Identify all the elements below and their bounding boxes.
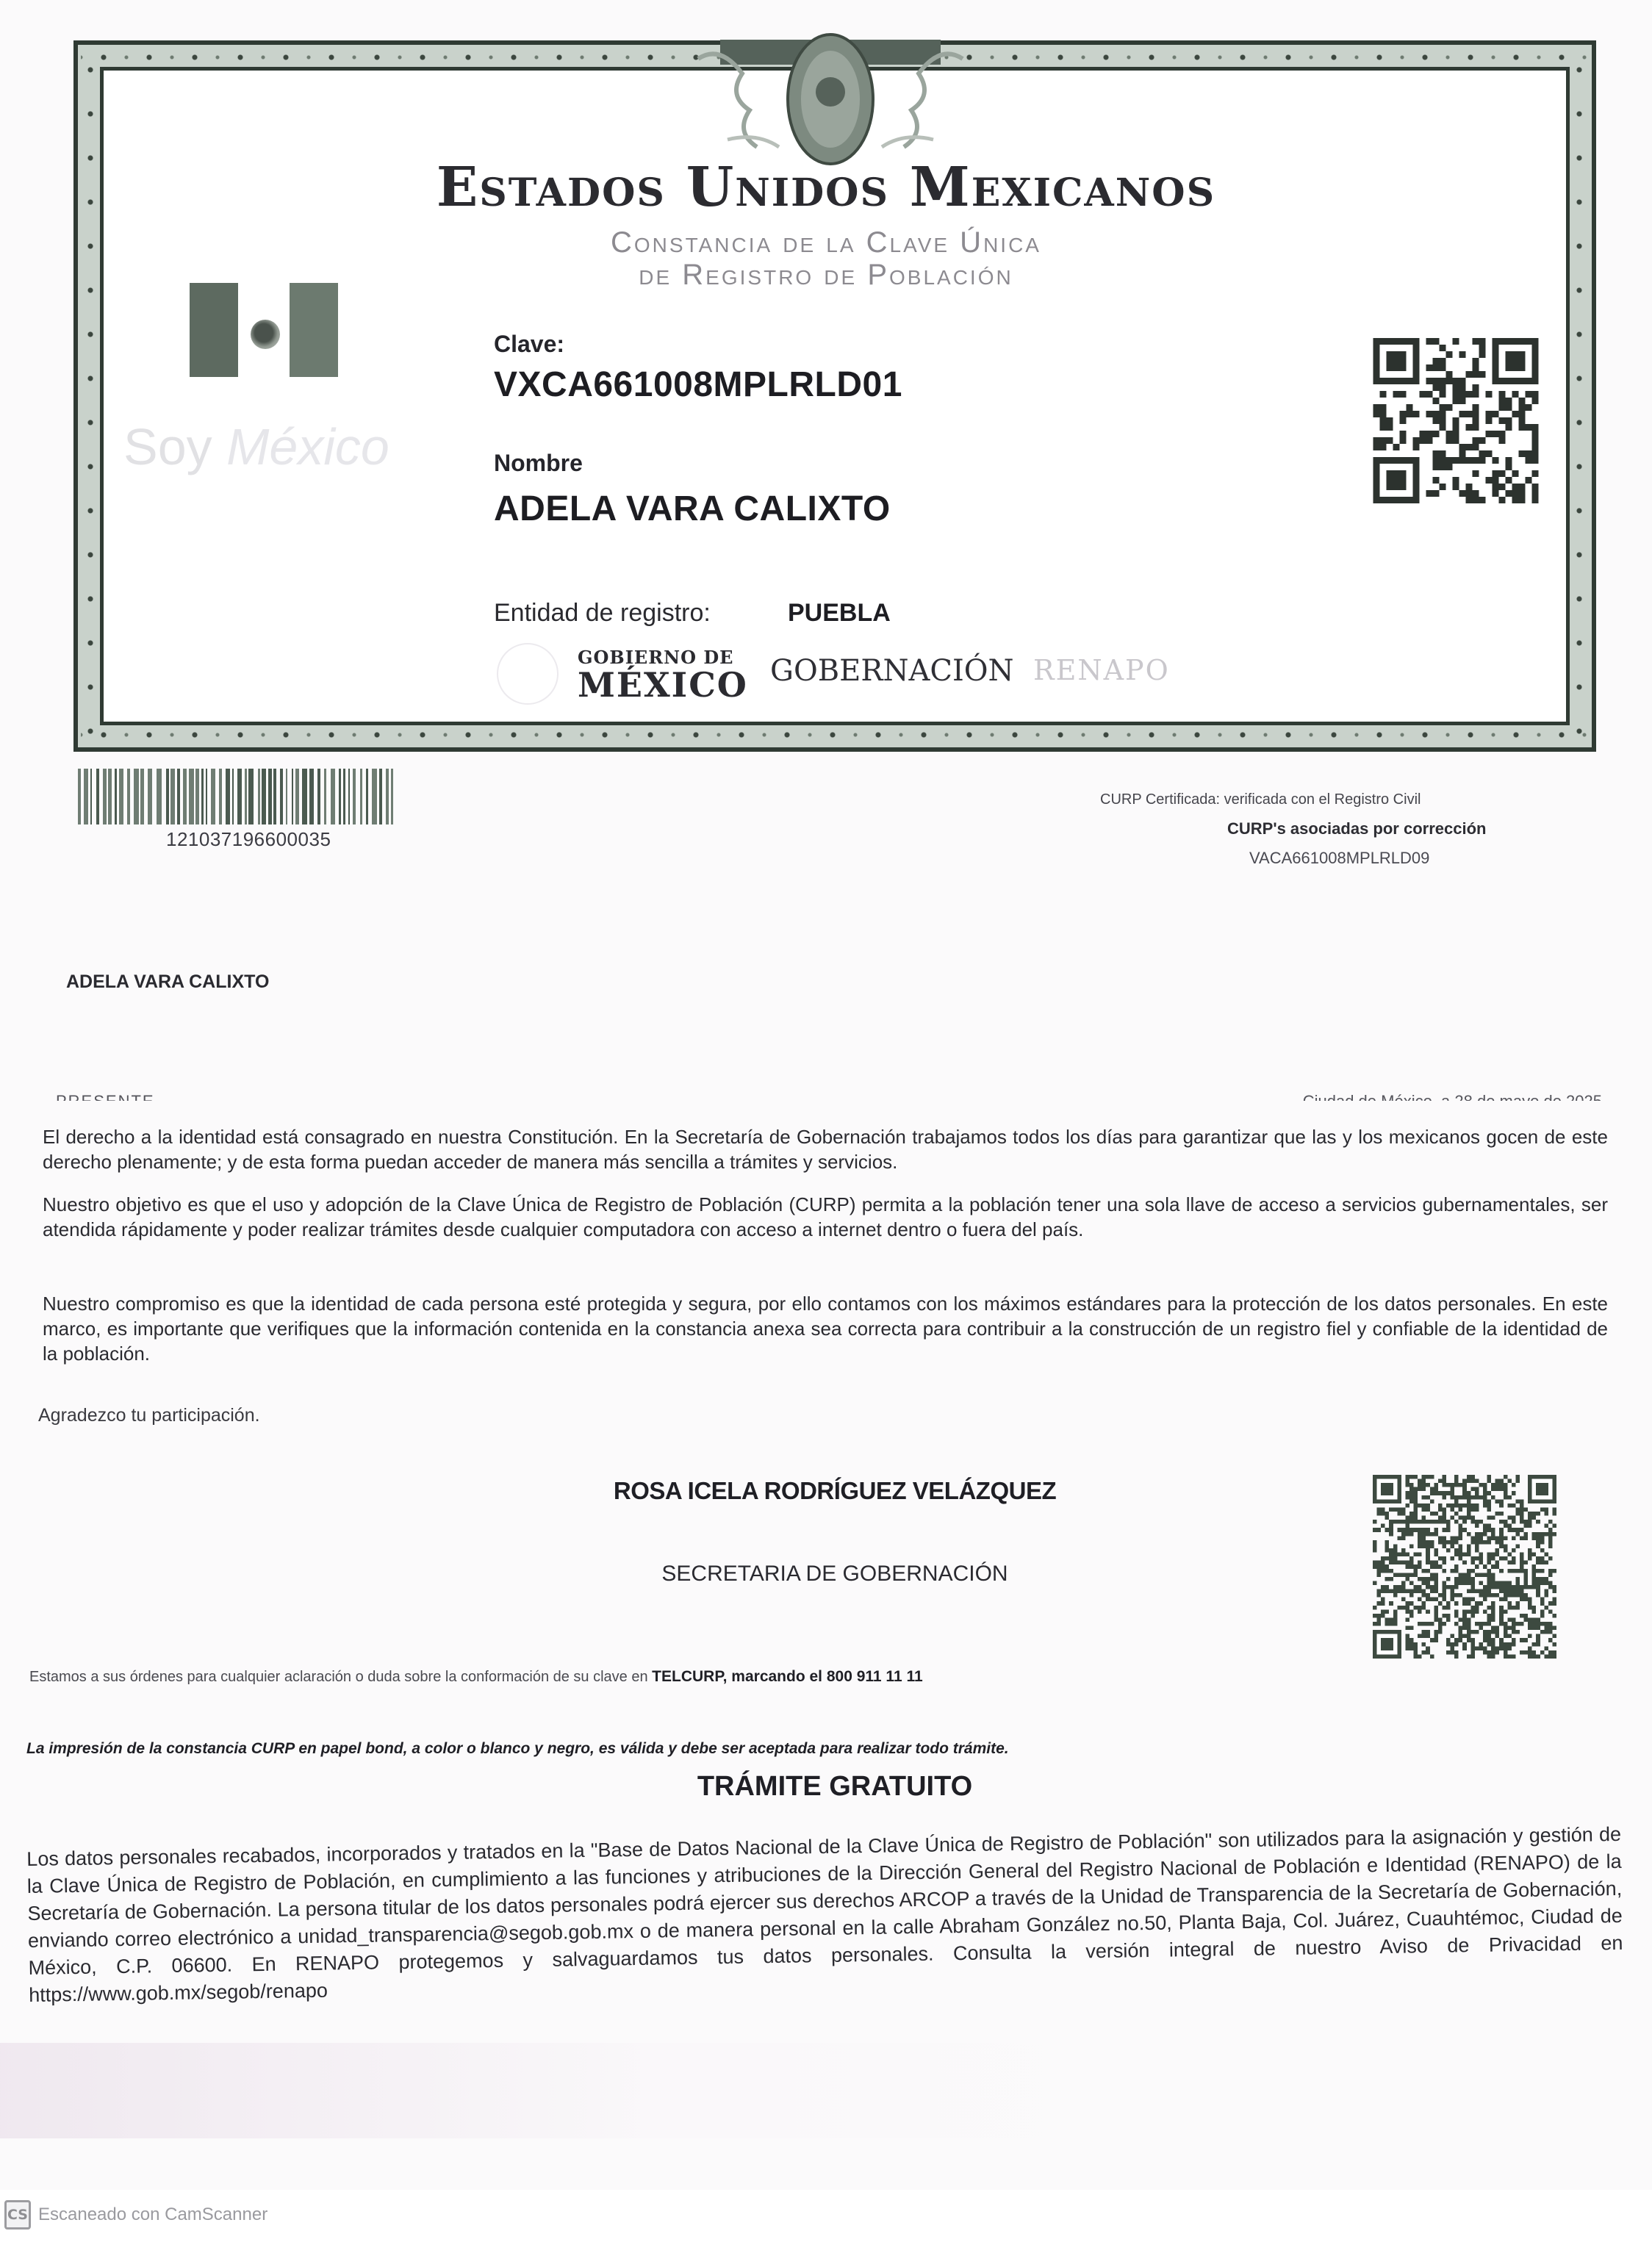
camscanner-logo-icon: CS (4, 2200, 31, 2230)
clave-label: Clave: (494, 331, 564, 358)
nombre-value: ADELA VARA CALIXTO (494, 489, 891, 529)
qr-code-icon (1372, 338, 1540, 503)
government-seal-icon (497, 643, 559, 705)
bond-paper-notice: La impresión de la constancia CURP en pa… (26, 1740, 1009, 1758)
tramite-gratuito-heading: TRÁMITE GRATUITO (0, 1771, 1652, 1803)
curp-associated-value: VACA661008MPLRLD09 (1249, 849, 1429, 868)
scan-artifact (0, 2043, 1652, 2138)
clave-value: VXCA661008MPLRLD01 (494, 364, 902, 405)
mexico-text: MÉXICO (578, 668, 748, 702)
curp-certified-status: CURP Certificada: verificada con el Regi… (1100, 791, 1421, 808)
letter-date: Ciudad de México, a 28 de mayo de 2025 (1249, 1092, 1602, 1101)
mexico-flag-logo-icon (190, 283, 344, 382)
letter-paragraph: Nuestro compromiso es que la identidad d… (43, 1291, 1608, 1366)
letter-closing: Agradezco tu participación. (38, 1405, 260, 1426)
camscanner-watermark: Escaneado con CamScanner (38, 2205, 267, 2225)
letter-presente: PRESENTE (56, 1092, 155, 1101)
letter-recipient: ADELA VARA CALIXTO (66, 971, 269, 993)
digital-signature-qr-icon (1373, 1472, 1556, 1661)
letter-paragraph: El derecho a la identidad está consagrad… (43, 1124, 1608, 1174)
telcurp-notice: Estamos a sus órdenes para cualquier acl… (29, 1668, 923, 1686)
privacy-notice: Los datos personales recabados, incorpor… (26, 1821, 1623, 2009)
certificate-subtitle-line-1: Constancia de la Clave Única (0, 226, 1652, 259)
entidad-label: Entidad de registro: (494, 599, 711, 628)
gobierno-de-mexico-logo: GOBIERNO DE MÉXICO (578, 647, 748, 702)
slogan-mexico: México (226, 418, 389, 475)
curp-associated-label: CURP's asociadas por corrección (1227, 819, 1486, 838)
country-title: Estados Unidos Mexicanos (0, 156, 1652, 219)
telcurp-text: Estamos a sus órdenes para cualquier acl… (29, 1669, 652, 1685)
telcurp-phone: TELCURP, marcando el 800 911 11 11 (652, 1668, 923, 1685)
border-ornament-left (82, 48, 98, 744)
renapo-logo: RENAPO (1033, 654, 1170, 686)
barcode-icon (78, 769, 397, 824)
barcode-number: 121037196600035 (166, 828, 331, 851)
gobernacion-logo: GOBERNACIÓN (770, 654, 1014, 688)
coat-of-arms-emblem-icon (676, 29, 985, 169)
slogan-soy: Soy (123, 418, 212, 475)
border-ornament-bottom (81, 727, 1589, 743)
nombre-label: Nombre (494, 450, 583, 477)
entidad-value: PUEBLA (788, 599, 891, 628)
soy-mexico-watermark: Soy México (123, 417, 389, 476)
letter-paragraph: Nuestro objetivo es que el uso y adopció… (43, 1192, 1608, 1242)
border-ornament-right (1571, 48, 1587, 744)
